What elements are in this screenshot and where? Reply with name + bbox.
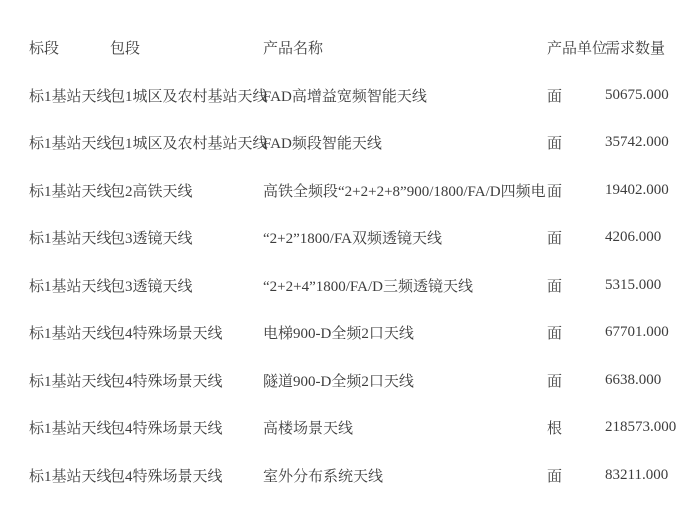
table-body: 标1基站天线 包1城区及农村基站天线 FAD高增益宽频智能天线 面 50675.… [0, 72, 695, 500]
products-table: 标段 包段 产品名称 产品单位 需求数量 标1基站天线 包1城区及农村基站天线 … [0, 0, 695, 499]
table-row: 标1基站天线 包1城区及农村基站天线 FAD高增益宽频智能天线 面 50675.… [0, 72, 695, 120]
quantity-cell: 218573.000 [605, 419, 685, 436]
quantity-cell: 35742.000 [605, 134, 685, 151]
header-package: 包段 [110, 37, 263, 58]
quantity-cell: 6638.000 [605, 372, 685, 389]
document-page: 标段 包段 产品名称 产品单位 需求数量 标1基站天线 包1城区及农村基站天线 … [0, 0, 695, 506]
package-cell: 包1城区及农村基站天线 [110, 132, 263, 153]
unit-cell: 面 [547, 465, 605, 486]
unit-cell: 面 [547, 227, 605, 248]
product-name-cell: “2+2+4”1800/FA/D三频透镜天线 [263, 275, 547, 296]
header-unit: 产品单位 [547, 37, 605, 58]
header-quantity: 需求数量 [605, 37, 685, 58]
package-cell: 包4特殊场景天线 [110, 465, 263, 486]
product-name-cell: 高铁全频段“2+2+2+8”900/1800/FA/D四频电 [263, 180, 547, 201]
package-cell: 包4特殊场景天线 [110, 322, 263, 343]
unit-cell: 面 [547, 275, 605, 296]
quantity-cell: 5315.000 [605, 277, 685, 294]
unit-cell: 面 [547, 132, 605, 153]
header-product-name: 产品名称 [263, 37, 547, 58]
product-name-cell: 高楼场景天线 [263, 417, 547, 438]
unit-cell: 面 [547, 370, 605, 391]
header-section: 标段 [29, 37, 110, 58]
package-cell: 包3透镜天线 [110, 275, 263, 296]
table-row: 标1基站天线 包3透镜天线 “2+2”1800/FA双频透镜天线 面 4206.… [0, 214, 695, 262]
unit-cell: 面 [547, 85, 605, 106]
quantity-cell: 50675.000 [605, 87, 685, 104]
table-row: 标1基站天线 包4特殊场景天线 室外分布系统天线 面 83211.000 [0, 452, 695, 500]
section-cell: 标1基站天线 [29, 132, 110, 153]
section-cell: 标1基站天线 [29, 370, 110, 391]
package-cell: 包4特殊场景天线 [110, 370, 263, 391]
table-row: 标1基站天线 包4特殊场景天线 隧道900-D全频2口天线 面 6638.000 [0, 357, 695, 405]
quantity-cell: 4206.000 [605, 229, 685, 246]
section-cell: 标1基站天线 [29, 322, 110, 343]
section-cell: 标1基站天线 [29, 180, 110, 201]
table-row: 标1基站天线 包4特殊场景天线 高楼场景天线 根 218573.000 [0, 404, 695, 452]
product-name-cell: 隧道900-D全频2口天线 [263, 370, 547, 391]
section-cell: 标1基站天线 [29, 85, 110, 106]
unit-cell: 面 [547, 322, 605, 343]
package-cell: 包4特殊场景天线 [110, 417, 263, 438]
section-cell: 标1基站天线 [29, 417, 110, 438]
table-row: 标1基站天线 包3透镜天线 “2+2+4”1800/FA/D三频透镜天线 面 5… [0, 262, 695, 310]
quantity-cell: 19402.000 [605, 182, 685, 199]
table-row: 标1基站天线 包1城区及农村基站天线 FAD频段智能天线 面 35742.000 [0, 119, 695, 167]
product-name-cell: “2+2”1800/FA双频透镜天线 [263, 227, 547, 248]
quantity-cell: 67701.000 [605, 324, 685, 341]
section-cell: 标1基站天线 [29, 465, 110, 486]
package-cell: 包1城区及农村基站天线 [110, 85, 263, 106]
unit-cell: 根 [547, 417, 605, 438]
section-cell: 标1基站天线 [29, 275, 110, 296]
table-header-row: 标段 包段 产品名称 产品单位 需求数量 [0, 24, 695, 72]
product-name-cell: 室外分布系统天线 [263, 465, 547, 486]
package-cell: 包2高铁天线 [110, 180, 263, 201]
unit-cell: 面 [547, 180, 605, 201]
package-cell: 包3透镜天线 [110, 227, 263, 248]
product-name-cell: FAD高增益宽频智能天线 [263, 85, 547, 106]
table-row: 标1基站天线 包2高铁天线 高铁全频段“2+2+2+8”900/1800/FA/… [0, 167, 695, 215]
table-row: 标1基站天线 包4特殊场景天线 电梯900-D全频2口天线 面 67701.00… [0, 309, 695, 357]
quantity-cell: 83211.000 [605, 467, 685, 484]
product-name-cell: FAD频段智能天线 [263, 132, 547, 153]
section-cell: 标1基站天线 [29, 227, 110, 248]
product-name-cell: 电梯900-D全频2口天线 [263, 322, 547, 343]
